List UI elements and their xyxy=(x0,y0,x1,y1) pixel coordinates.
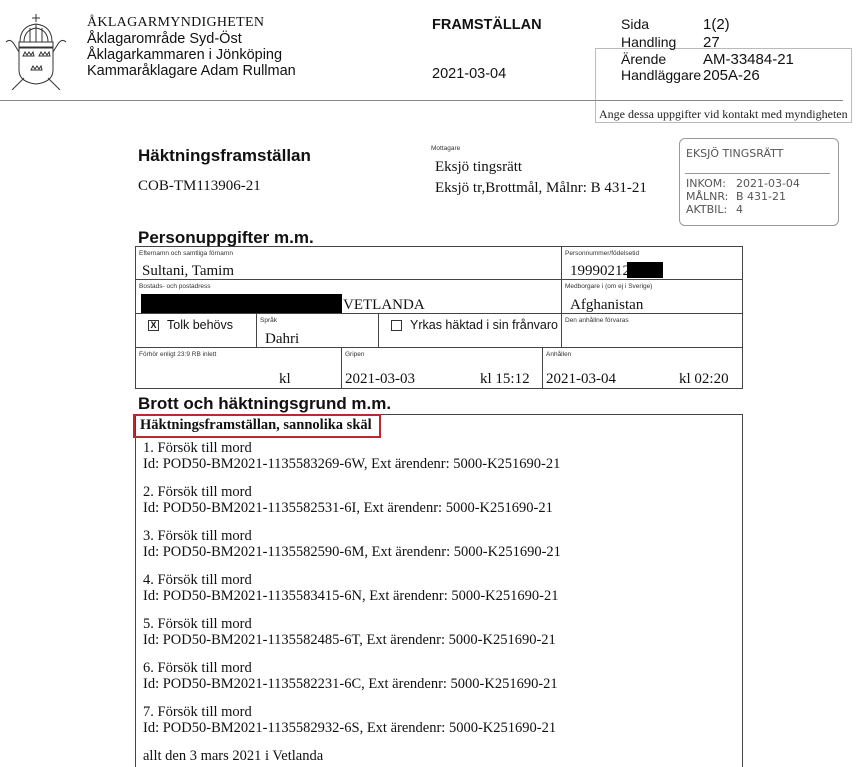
language-label: Språk xyxy=(260,317,277,324)
personal-data-form: Efternamn och samtliga förnamn Sultani, … xyxy=(135,246,743,389)
offence-list: 1. Försök till mordId: POD50-BM2021-1135… xyxy=(143,440,561,764)
header-divider xyxy=(0,100,843,101)
name-label: Efternamn och samtliga förnamn xyxy=(139,250,233,257)
grid-line xyxy=(561,247,562,348)
address-label: Bostads- och postadress xyxy=(139,283,211,290)
citizenship-value: Afghanistan xyxy=(570,297,643,314)
stamp-row-attachment: AKTBIL:4 xyxy=(686,203,743,216)
redaction-block xyxy=(627,262,663,278)
detained-label: Anhållen xyxy=(546,351,571,358)
grid-line xyxy=(378,314,379,348)
offence-item: 3. Försök till mordId: POD50-BM2021-1135… xyxy=(143,528,561,560)
interrogation-label: Förhör enligt 23:9 RB inlett xyxy=(139,351,216,358)
agency-prosecutor: Kammaråklagare Adam Rullman xyxy=(87,63,296,79)
ref-case: ÄrendeAM-33484-21 xyxy=(621,51,794,68)
reference-note: Ange dessa uppgifter vid kontakt med myn… xyxy=(599,107,848,122)
section-heading-offences: Brott och häktningsgrund m.m. xyxy=(138,394,391,414)
offence-item: 5. Försök till mordId: POD50-BM2021-1135… xyxy=(143,616,561,648)
citizenship-label: Medborgare i (om ej i Sverige) xyxy=(565,283,652,290)
ref-document: Handling27 xyxy=(621,34,720,51)
stamp-row-case: MÅLNR:B 431-21 xyxy=(686,190,786,203)
address-value: VETLANDA xyxy=(343,297,425,314)
pnr-value: 19990212 xyxy=(570,263,630,280)
interpreter-label: Tolk behövs xyxy=(167,318,233,332)
ref-handler: Handläggare205A-26 xyxy=(621,67,760,84)
case-number: COB-TM113906-21 xyxy=(138,178,261,195)
offence-item: 7. Försök till mordId: POD50-BM2021-1135… xyxy=(143,704,561,736)
section-heading-personal: Personuppgifter m.m. xyxy=(138,228,314,248)
coat-of-arms-crest-icon xyxy=(2,12,82,90)
recipient-detail: Eksjö tr,Brottmål, Målnr: B 431-21 xyxy=(435,180,647,197)
recipient-court: Eksjö tingsrätt xyxy=(435,159,522,176)
grid-line xyxy=(136,313,742,314)
arrested-time: kl 15:12 xyxy=(480,371,530,388)
name-value: Sultani, Tamim xyxy=(142,263,234,280)
arrested-date: 2021-03-03 xyxy=(345,371,415,388)
agency-name: ÅKLAGARMYNDIGHETEN xyxy=(87,15,296,31)
grid-line xyxy=(341,348,342,389)
grid-line xyxy=(542,348,543,389)
absentia-checkbox[interactable] xyxy=(391,320,402,331)
interrogation-time: kl xyxy=(279,371,291,388)
grid-line xyxy=(136,347,742,348)
offence-item: 4. Försök till mordId: POD50-BM2021-1135… xyxy=(143,572,561,604)
redaction-block xyxy=(141,294,342,313)
absentia-label: Yrkas häktad i sin frånvaro xyxy=(410,318,558,332)
stamp-divider xyxy=(685,173,830,174)
grid-line xyxy=(256,314,257,348)
document-type: FRAMSTÄLLAN xyxy=(432,17,542,33)
agency-area: Åklagarområde Syd-Öst xyxy=(87,31,296,47)
recipient-label: Mottagare xyxy=(431,145,460,152)
detained-date: 2021-03-04 xyxy=(546,371,616,388)
detained-time: kl 02:20 xyxy=(679,371,729,388)
arrested-label: Gripen xyxy=(345,351,365,358)
agency-block: ÅKLAGARMYNDIGHETEN Åklagarområde Syd-Öst… xyxy=(87,15,296,79)
custody-label: Den anhållne förvaras xyxy=(565,317,629,324)
page-title: Häktningsframställan xyxy=(138,146,311,166)
language-value: Dahri xyxy=(265,331,299,348)
offence-item: 6. Försök till mordId: POD50-BM2021-1135… xyxy=(143,660,561,692)
court-received-stamp: EKSJÖ TINGSRÄTT INKOM:2021-03-04 MÅLNR:B… xyxy=(679,138,839,226)
stamp-title: EKSJÖ TINGSRÄTT xyxy=(686,147,783,160)
offence-subheading: Häktningsframställan, sannolika skäl xyxy=(140,417,372,434)
pnr-label: Personnummer/födelsetid xyxy=(565,250,639,257)
agency-office: Åklagarkammaren i Jönköping xyxy=(87,47,296,63)
offence-item: 2. Försök till mordId: POD50-BM2021-1135… xyxy=(143,484,561,516)
document-date: 2021-03-04 xyxy=(432,66,506,82)
interpreter-checkbox[interactable]: X xyxy=(148,320,159,331)
ref-page: Sida1(2) xyxy=(621,16,730,33)
offence-item: 1. Försök till mordId: POD50-BM2021-1135… xyxy=(143,440,561,472)
offence-summary: allt den 3 mars 2021 i Vetlanda xyxy=(143,748,561,764)
stamp-row-received: INKOM:2021-03-04 xyxy=(686,177,800,190)
